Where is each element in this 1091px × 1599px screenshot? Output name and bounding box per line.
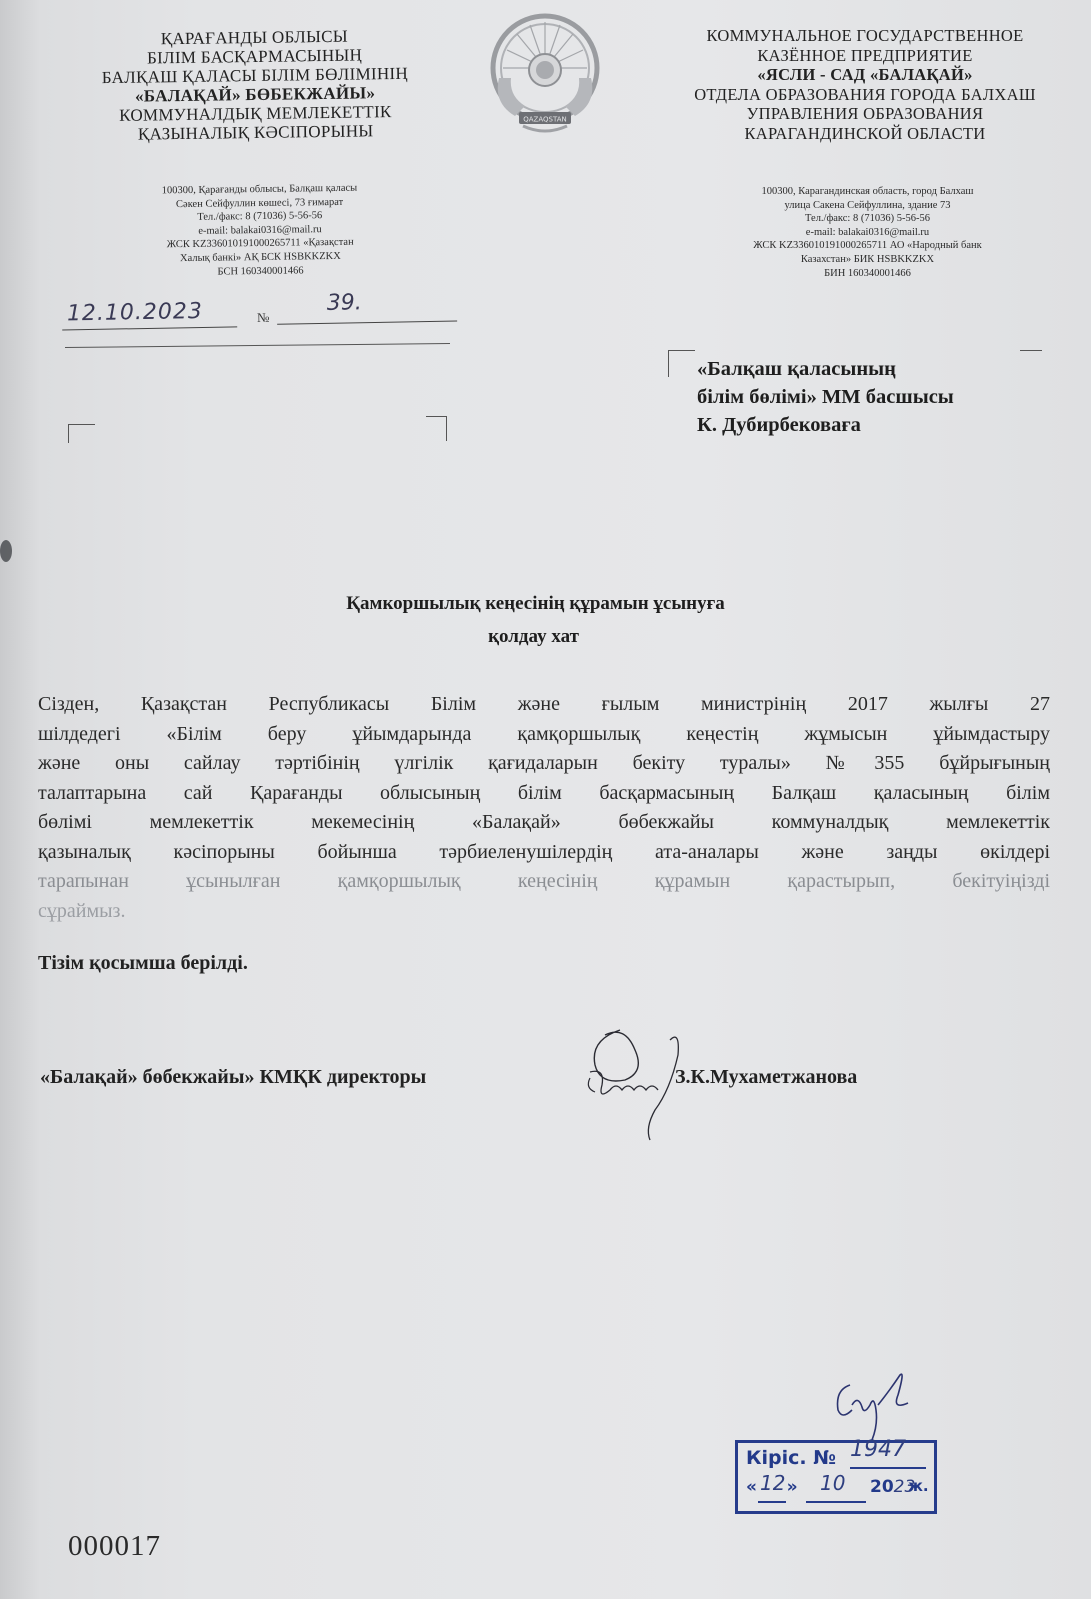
address-block-left: 100300, Қарағанды облысы, Балқаш қаласы … [104,181,415,280]
letter-body: Сізден, Қазақстан Республикасы Білім жән… [38,690,1050,926]
incoming-day: 12 [760,1471,785,1495]
emblem-caption: QAZAQSTAN [523,116,566,124]
header-right-russian: КОММУНАЛЬНОЕ ГОСУДАРСТВЕННОЕ КАЗЁННОЕ ПР… [665,26,1065,143]
punch-hole-icon [0,540,12,562]
header-right-line: КОММУНАЛЬНОЕ ГОСУДАРСТВЕННОЕ [665,26,1065,46]
page-number: 000017 [68,1530,161,1563]
addressee-line: К. Дубирбековаға [697,411,954,439]
stamp-label: Кіріс. № [746,1447,836,1469]
letter-page: ҚАРАҒАНДЫ ОБЛЫСЫ БІЛІМ БАСҚАРМАСЫНЫҢ БАЛ… [0,0,1091,1599]
number-label: № [257,310,270,326]
header-left-kazakh: ҚАРАҒАНДЫ ОБЛЫСЫ БІЛІМ БАСҚАРМАСЫНЫҢ БАЛ… [84,26,426,145]
body-line: бөлімі мемлекеттік мекемесінің «Балақай»… [38,808,1050,838]
document-subtitle: қолдау хат [0,626,1079,648]
signature-line: «Балақай» бөбекжайы» КМҚК директоры З.К.… [40,1066,426,1089]
signatory-position: «Балақай» бөбекжайы» КМҚК директоры [40,1066,426,1088]
stamp-month-underline [806,1501,866,1503]
stamp-day-underline [758,1501,786,1503]
number-underline [277,321,457,325]
body-line: және оны сайлау тәртібінің үлгілік қағид… [38,749,1050,779]
header-right-line: «ЯСЛИ - САД «БАЛАҚАЙ» [665,65,1065,85]
incoming-number: 1947 [850,1437,906,1462]
header-right-line: КАРАГАНДИНСКОЙ ОБЛАСТИ [665,124,1065,144]
body-line: Сізден, Қазақстан Республикасы Білім жән… [38,690,1050,720]
corner-mark-icon [668,350,695,377]
body-line: қазыналық кәсіпорыны бойынша тәрбиеленуш… [38,838,1050,868]
signatory-name: З.К.Мухаметжанова [675,1066,857,1089]
addressee-line: «Балқаш қаласының [697,355,954,383]
address-block-right: 100300, Карагандинская область, город Ба… [695,185,1040,280]
address-line: ЖСК KZ336010191000265711 АО «Народный ба… [695,239,1040,253]
document-title: Қамкоршылық кеңесінің құрамын ұсынуға [0,593,1081,615]
body-line: талаптарына сай Қарағанды облысының білі… [38,779,1050,809]
corner-mark-icon [426,416,447,441]
header-right-line: ОТДЕЛА ОБРАЗОВАНИЯ ГОРОДА БАЛХАШ [665,85,1065,105]
address-line: улица Сакена Сейфуллина, здание 73 [695,199,1040,213]
body-line: тарапынан ұсынылған қамқоршылық кеңесіні… [38,867,1050,897]
address-line: БСН 160340001466 [105,262,415,280]
corner-mark-icon [1020,350,1042,369]
addressee-block: «Балқаш қаласының білім бөлімі» ММ басшы… [697,355,954,439]
address-line: Тел./факс: 8 (71036) 5-56-56 [695,212,1040,226]
handwritten-visa-icon [820,1365,920,1445]
incoming-month: 10 [820,1471,845,1495]
kazakhstan-state-emblem-icon: QAZAQSTAN [485,8,605,138]
outgoing-number: 39. [327,290,362,316]
incoming-registration-stamp: Кіріс. № 1947 « » 12 10 2023 ж. [735,1440,937,1514]
address-line: БИН 160340001466 [695,267,1040,281]
body-line: сұраймыз. [38,897,1050,927]
date-underline [62,326,237,330]
address-line: e-mail: balakai0316@mail.ru [695,226,1040,240]
header-right-line: УПРАВЛЕНИЯ ОБРАЗОВАНИЯ [665,104,1065,124]
attachment-note: Тізім қосымша берілді. [38,952,248,975]
outgoing-date: 12.10.2023 [67,299,203,326]
year-prefix: 20 [870,1477,894,1497]
stamp-number-underline [850,1467,926,1469]
address-line: Казахстан» БИК HSBKKZKX [695,253,1040,267]
addressee-line: білім бөлімі» ММ басшысы [697,383,954,411]
outgoing-registration: 12.10.2023 № 39. [62,297,457,334]
binder-holes [0,540,14,600]
body-line: шілдедегі «Білім беру ұйымдарында қамқор… [38,720,1050,750]
reference-underline [65,343,450,348]
header-right-line: КАЗЁННОЕ ПРЕДПРИЯТИЕ [665,46,1065,66]
corner-mark-icon [68,424,95,443]
address-line: 100300, Карагандинская область, город Ба… [695,185,1040,199]
year-unit: ж. [908,1477,929,1495]
